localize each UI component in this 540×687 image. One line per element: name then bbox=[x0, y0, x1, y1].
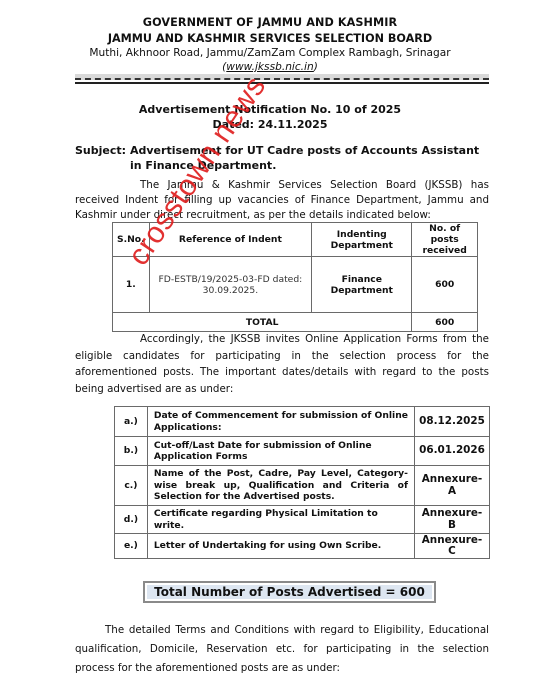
row-desc: Certificate regarding Physical Limitatio… bbox=[147, 506, 414, 534]
total-row: TOTAL 600 bbox=[113, 313, 478, 332]
total-label: TOTAL bbox=[113, 313, 412, 332]
total-posts-box: Total Number of Posts Advertised = 600 bbox=[143, 581, 436, 603]
row-key: c.) bbox=[115, 466, 148, 506]
table-row: e.) Letter of Undertaking for using Own … bbox=[115, 534, 490, 559]
row-value: Annexure-B bbox=[414, 506, 489, 534]
col-department: Indenting Department bbox=[312, 223, 412, 257]
invite-paragraph: Accordingly, the JKSSB invites Online Ap… bbox=[75, 331, 489, 397]
board-address: Muthi, Akhnoor Road, Jammu/ZamZam Comple… bbox=[0, 47, 540, 59]
row-desc: Letter of Undertaking for using Own Scri… bbox=[147, 534, 414, 559]
intro-text: The Jammu & Kashmir Services Selection B… bbox=[75, 179, 489, 221]
row-reference: FD-ESTB/19/2025-03-FD dated: 30.09.2025. bbox=[149, 257, 312, 313]
row-key: e.) bbox=[115, 534, 148, 559]
row-desc: Cut-off/Last Date for submission of Onli… bbox=[147, 437, 414, 466]
board-heading: JAMMU AND KASHMIR SERVICES SELECTION BOA… bbox=[0, 32, 540, 45]
row-desc: Name of the Post, Cadre, Pay Level, Cate… bbox=[147, 466, 414, 506]
intro-paragraph: The Jammu & Kashmir Services Selection B… bbox=[75, 178, 489, 223]
subject-text: Advertisement for UT Cadre posts of Acco… bbox=[130, 144, 492, 173]
terms-text: The detailed Terms and Conditions with r… bbox=[75, 624, 489, 674]
row-value: 06.01.2026 bbox=[414, 437, 489, 466]
header-separator-line bbox=[75, 82, 489, 84]
row-key: b.) bbox=[115, 437, 148, 466]
notification-title: Advertisement Notification No. 10 of 202… bbox=[0, 103, 540, 116]
row-value: 08.12.2025 bbox=[414, 407, 489, 437]
website-line: (www.jkssb.nic.in) bbox=[0, 61, 540, 73]
total-value: 600 bbox=[412, 313, 478, 332]
row-posts: 600 bbox=[412, 257, 478, 313]
invite-text: Accordingly, the JKSSB invites Online Ap… bbox=[75, 333, 489, 395]
row-department: Finance Department bbox=[312, 257, 412, 313]
notification-date: Dated: 24.11.2025 bbox=[0, 118, 540, 131]
total-posts-text: Total Number of Posts Advertised = 600 bbox=[147, 585, 432, 599]
row-sno: 1. bbox=[113, 257, 150, 313]
subject-label: Subject: bbox=[75, 144, 126, 157]
col-posts: No. of posts received bbox=[412, 223, 478, 257]
row-key: a.) bbox=[115, 407, 148, 437]
govt-heading: GOVERNMENT OF JAMMU AND KASHMIR bbox=[0, 16, 540, 29]
indent-table: S.No. Reference of Indent Indenting Depa… bbox=[112, 222, 478, 332]
indent-table-header: S.No. Reference of Indent Indenting Depa… bbox=[113, 223, 478, 257]
terms-paragraph: The detailed Terms and Conditions with r… bbox=[75, 621, 489, 678]
row-value: Annexure-C bbox=[414, 534, 489, 559]
col-reference: Reference of Indent bbox=[149, 223, 312, 257]
table-row: c.) Name of the Post, Cadre, Pay Level, … bbox=[115, 466, 490, 506]
website-link[interactable]: www.jkssb.nic.in bbox=[226, 61, 313, 73]
table-row: b.) Cut-off/Last Date for submission of … bbox=[115, 437, 490, 466]
row-key: d.) bbox=[115, 506, 148, 534]
table-row: 1. FD-ESTB/19/2025-03-FD dated: 30.09.20… bbox=[113, 257, 478, 313]
table-row: d.) Certificate regarding Physical Limit… bbox=[115, 506, 490, 534]
col-sno: S.No. bbox=[113, 223, 150, 257]
table-row: a.) Date of Commencement for submission … bbox=[115, 407, 490, 437]
row-value: Annexure-A bbox=[414, 466, 489, 506]
row-desc: Date of Commencement for submission of O… bbox=[147, 407, 414, 437]
schedule-table: a.) Date of Commencement for submission … bbox=[114, 406, 490, 559]
header-separator-dashes bbox=[75, 78, 489, 80]
